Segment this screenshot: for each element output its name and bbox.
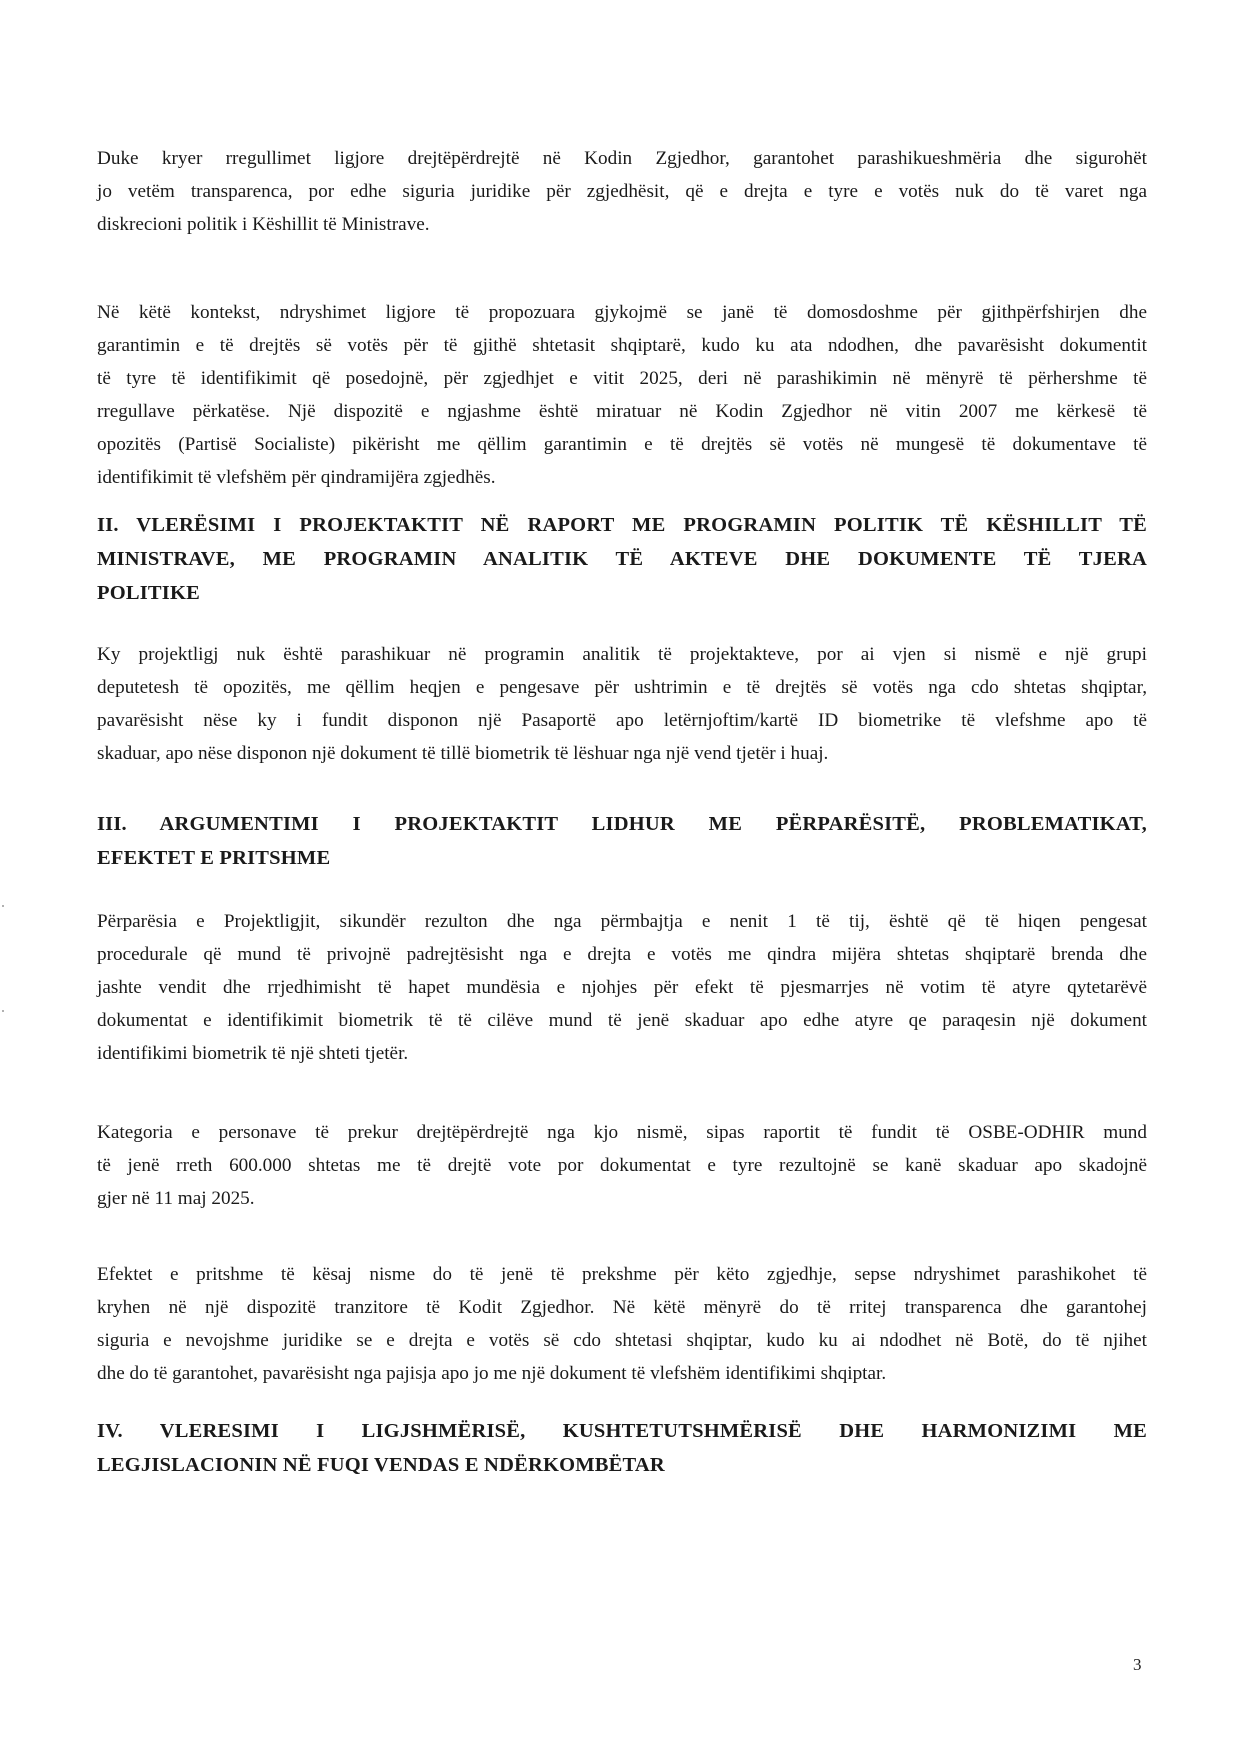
section-heading: II. VLERËSIMI I PROJEKTAKTIT NË RAPORT M… [97, 508, 1147, 610]
text-line: opozitës (Partisë Socialiste) pikërisht … [97, 428, 1147, 461]
heading-line: LEGJISLACIONIN NË FUQI VENDAS E NDËRKOMB… [97, 1448, 1147, 1482]
section-heading-iii: III. ARGUMENTIMI I PROJEKTAKTIT LIDHUR M… [97, 807, 1147, 875]
section-heading-ii: II. VLERËSIMI I PROJEKTAKTIT NË RAPORT M… [97, 508, 1147, 610]
page-number: 3 [1133, 1655, 1142, 1675]
text-line: kryhen në një dispozitë tranzitore të Ko… [97, 1291, 1147, 1324]
heading-line: MINISTRAVE, ME PROGRAMIN ANALITIK TË AKT… [97, 542, 1147, 576]
text-line: të jenë rreth 600.000 shtetas me të drej… [97, 1149, 1147, 1182]
paragraph: Përparësia e Projektligjit, sikundër rez… [97, 905, 1147, 1070]
paragraph-context: Në këtë kontekst, ndryshimet ligjore të … [97, 296, 1147, 494]
text-line: gjer në 11 maj 2025. [97, 1182, 1147, 1215]
text-line: diskrecioni politik i Këshillit të Minis… [97, 208, 1147, 241]
text-line: të tyre të identifikimit që posedojnë, p… [97, 362, 1147, 395]
text-line: dhe do të garantohet, pavarësisht nga pa… [97, 1357, 1147, 1390]
text-line: jo vetëm transparenca, por edhe siguria … [97, 175, 1147, 208]
paragraph: Ky projektligj nuk është parashikuar në … [97, 638, 1147, 770]
paragraph: Efektet e pritshme të kësaj nisme do të … [97, 1258, 1147, 1390]
text-line: procedurale që mund të privojnë padrejtë… [97, 938, 1147, 971]
paragraph: Në këtë kontekst, ndryshimet ligjore të … [97, 296, 1147, 494]
paragraph-program-assessment: Ky projektligj nuk është parashikuar në … [97, 638, 1147, 770]
heading-line: II. VLERËSIMI I PROJEKTAKTIT NË RAPORT M… [97, 508, 1147, 542]
paragraph-advantages: Përparësia e Projektligjit, sikundër rez… [97, 905, 1147, 1070]
text-line: skaduar, apo nëse disponon një dokument … [97, 737, 1147, 770]
paragraph: Kategoria e personave të prekur drejtëpë… [97, 1116, 1147, 1215]
text-line: identifikimi biometrik të një shteti tje… [97, 1037, 1147, 1070]
text-line: jashte vendit dhe rrjedhimisht të hapet … [97, 971, 1147, 1004]
text-line: pavarësisht nëse ky i fundit disponon nj… [97, 704, 1147, 737]
heading-line: III. ARGUMENTIMI I PROJEKTAKTIT LIDHUR M… [97, 807, 1147, 841]
paragraph-affected-persons: Kategoria e personave të prekur drejtëpë… [97, 1116, 1147, 1215]
text-line: rregullave përkatëse. Një dispozitë e ng… [97, 395, 1147, 428]
text-line: Duke kryer rregullimet ligjore drejtëpër… [97, 142, 1147, 175]
paragraph-legal-certainty: Duke kryer rregullimet ligjore drejtëpër… [97, 142, 1147, 241]
text-line: Përparësia e Projektligjit, sikundër rez… [97, 905, 1147, 938]
text-line: Kategoria e personave të prekur drejtëpë… [97, 1116, 1147, 1149]
scan-artifact [2, 905, 4, 907]
text-line: identifikimit të vlefshëm për qindramijë… [97, 461, 1147, 494]
heading-line: IV. VLERESIMI I LIGJSHMËRISË, KUSHTETUTS… [97, 1414, 1147, 1448]
text-line: dokumentat e identifikimit biometrik të … [97, 1004, 1147, 1037]
scan-artifact [2, 1010, 4, 1012]
text-line: deputetesh të opozitës, me qëllim heqjen… [97, 671, 1147, 704]
text-line: Ky projektligj nuk është parashikuar në … [97, 638, 1147, 671]
heading-line: POLITIKE [97, 576, 1147, 610]
text-line: garantimin e të drejtës së votës për të … [97, 329, 1147, 362]
paragraph: Duke kryer rregullimet ligjore drejtëpër… [97, 142, 1147, 241]
heading-line: EFEKTET E PRITSHME [97, 841, 1147, 875]
section-heading: III. ARGUMENTIMI I PROJEKTAKTIT LIDHUR M… [97, 807, 1147, 875]
text-line: Në këtë kontekst, ndryshimet ligjore të … [97, 296, 1147, 329]
text-line: Efektet e pritshme të kësaj nisme do të … [97, 1258, 1147, 1291]
text-line: siguria e nevojshme juridike se e drejta… [97, 1324, 1147, 1357]
paragraph-expected-effects: Efektet e pritshme të kësaj nisme do të … [97, 1258, 1147, 1390]
section-heading: IV. VLERESIMI I LIGJSHMËRISË, KUSHTETUTS… [97, 1414, 1147, 1482]
section-heading-iv: IV. VLERESIMI I LIGJSHMËRISË, KUSHTETUTS… [97, 1414, 1147, 1482]
